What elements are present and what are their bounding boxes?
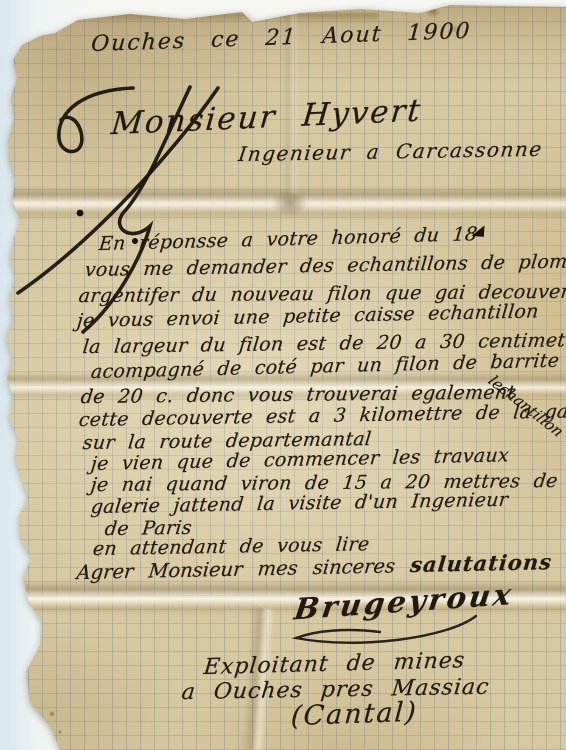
- letter-paper: Ouches ce 21 Aout 1900 Monsieur Hyvert I…: [0, 0, 566, 750]
- scanned-letter: Ouches ce 21 Aout 1900 Monsieur Hyvert I…: [0, 0, 566, 750]
- paper-wrap: Ouches ce 21 Aout 1900 Monsieur Hyvert I…: [0, 0, 566, 750]
- footer-line-3: (Cantal): [290, 697, 419, 733]
- top-edge-shadow: [28, 13, 378, 23]
- closing-emphasis: salutations: [409, 549, 553, 577]
